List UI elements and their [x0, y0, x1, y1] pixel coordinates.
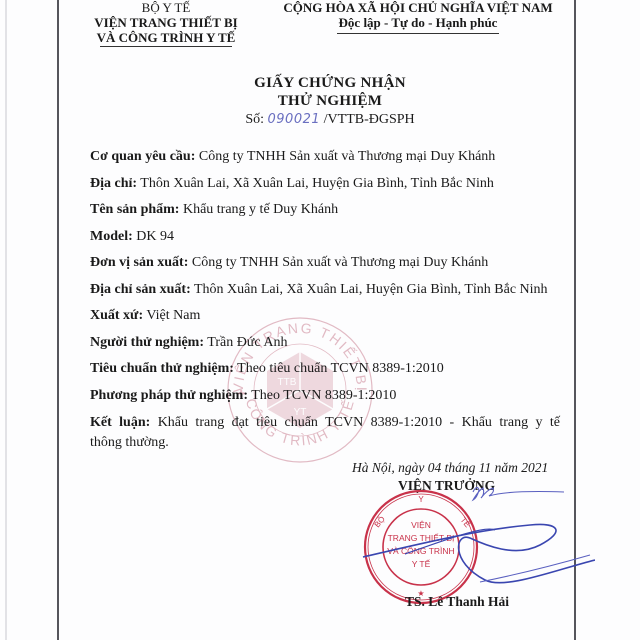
document-border-left — [57, 0, 59, 640]
field-test-standard: Tiêu chuẩn thử nghiệm: Theo tiêu chuẩn T… — [90, 360, 560, 387]
field-tester: Người thử nghiệm: Trần Đức Anh — [90, 334, 560, 361]
title-line2: THỬ NGHIỆM — [200, 92, 460, 110]
issuer-header: BỘ Y TẾ VIỆN TRANG THIẾT BỊ VÀ CÔNG TRÌN… — [80, 0, 252, 47]
ministry-name: BỘ Y TẾ — [80, 0, 252, 15]
signer-name: TS. Lê Thanh Hải — [405, 594, 509, 610]
certificate-fields: Cơ quan yêu cầu: Công ty TNHH Sản xuất v… — [90, 148, 560, 453]
number-label: Số: — [245, 112, 267, 127]
nation-name: CỘNG HÒA XÃ HỘI CHỦ NGHĨA VIỆT NAM — [268, 0, 568, 15]
number-suffix: /VTTB-ĐGSPH — [320, 112, 415, 127]
certificate-number: Số: 090021 /VTTB-ĐGSPH — [200, 112, 460, 128]
field-requesting-agency: Cơ quan yêu cầu: Công ty TNHH Sản xuất v… — [90, 148, 560, 175]
field-product-name: Tên sản phẩm: Khẩu trang y tế Duy Khánh — [90, 201, 560, 228]
field-address: Địa chỉ: Thôn Xuân Lai, Xã Xuân Lai, Huy… — [90, 175, 560, 202]
field-manufacturer: Đơn vị sản xuất: Công ty TNHH Sản xuất v… — [90, 254, 560, 281]
document-title: GIẤY CHỨNG NHẬN THỬ NGHIỆM — [200, 74, 460, 110]
page-edge-shadow — [5, 0, 7, 640]
field-conclusion: Kết luận: Khẩu trang đạt tiêu chuẩn TCVN… — [90, 413, 560, 453]
motto-underline — [337, 33, 499, 34]
field-manufacturing-address: Địa chỉ sản xuất: Thôn Xuân Lai, Xã Xuân… — [90, 281, 560, 308]
national-motto: Độc lập - Tự do - Hạnh phúc — [268, 15, 568, 30]
title-line1: GIẤY CHỨNG NHẬN — [200, 74, 460, 92]
field-test-method: Phương pháp thử nghiệm: Theo TCVN 8389-1… — [90, 387, 560, 414]
field-model: Model: DK 94 — [90, 228, 560, 255]
national-header: CỘNG HÒA XÃ HỘI CHỦ NGHĨA VIỆT NAM Độc l… — [268, 0, 568, 34]
institute-name-line2: VÀ CÔNG TRÌNH Y TẾ — [80, 30, 252, 45]
issuer-underline — [100, 46, 232, 47]
institute-name-line1: VIỆN TRANG THIẾT BỊ — [80, 15, 252, 30]
handwritten-number: 090021 — [268, 112, 321, 127]
handwritten-signature — [355, 470, 595, 610]
field-origin: Xuất xứ: Việt Nam — [90, 307, 560, 334]
